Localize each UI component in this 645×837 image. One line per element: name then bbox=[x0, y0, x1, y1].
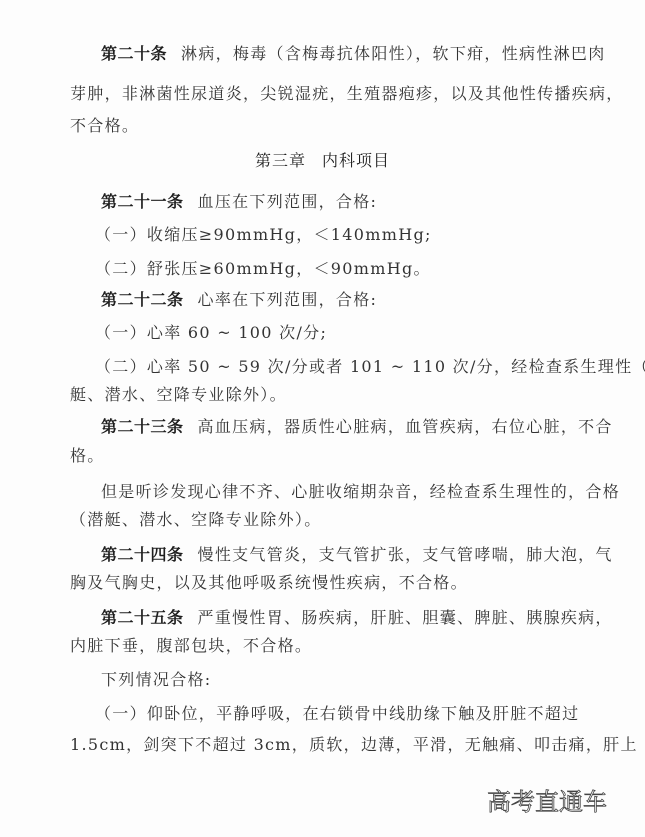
article-21-line-1: 第二十一条血压在下列范围，合格: bbox=[101, 192, 377, 212]
article-23-line-1: 第二十三条高血压病，器质性心脏病，血管疾病，右位心脏，不合 bbox=[101, 417, 613, 437]
article-25-pass-intro: 下列情况合格: bbox=[101, 670, 212, 690]
article-25-item-1-line-1: （一）仰卧位，平静呼吸，在右锁骨中线肋缘下触及肝脏不超过 bbox=[95, 704, 579, 724]
article-25-label: 第二十五条 bbox=[101, 608, 184, 627]
article-21-item-2: （二）舒张压≥60mmHg，＜90mmHg。 bbox=[95, 259, 431, 279]
article-25-item-1-line-2: 1.5cm，剑突下不超过 3cm，质软，边薄，平滑，无触痛、叩击痛，肝上 bbox=[70, 735, 638, 755]
article-22-line-1: 第二十二条心率在下列范围，合格: bbox=[101, 290, 377, 310]
article-23-line-2: 格。 bbox=[70, 446, 105, 466]
chapter-heading: 第三章内科项目 bbox=[0, 148, 645, 171]
article-24-line-1: 第二十四条慢性支气管炎，支气管扩张，支气管哮喘，肺大泡，气 bbox=[101, 545, 613, 565]
article-22-label: 第二十二条 bbox=[101, 290, 184, 309]
document-page: 第二十条淋病，梅毒（含梅毒抗体阳性），软下疳，性病性淋巴肉 芽肿，非淋菌性尿道炎… bbox=[0, 0, 645, 837]
article-25-line-2: 内脏下垂，腹部包块，不合格。 bbox=[70, 636, 312, 656]
chapter-number: 第三章 bbox=[255, 151, 306, 170]
article-20-line-1: 第二十条淋病，梅毒（含梅毒抗体阳性），软下疳，性病性淋巴肉 bbox=[101, 44, 606, 64]
chapter-title: 内科项目 bbox=[322, 151, 390, 170]
article-21-label: 第二十一条 bbox=[101, 192, 184, 211]
article-20-line-2: 芽肿，非淋菌性尿道炎，尖锐湿疣，生殖器疱疹，以及其他性传播疾病， bbox=[70, 84, 624, 104]
article-24-label: 第二十四条 bbox=[101, 545, 184, 564]
article-23-note-line-2: （潜艇、潜水、空降专业除外）。 bbox=[70, 510, 322, 530]
article-22-item-2-line-2: 艇、潜水、空降专业除外）。 bbox=[70, 385, 287, 405]
article-25-line-1: 第二十五条严重慢性胃、肠疾病，肝脏、胆囊、脾脏、胰腺疾病， bbox=[101, 608, 613, 628]
article-20-label: 第二十条 bbox=[101, 44, 167, 63]
article-24-line-2: 胸及气胸史，以及其他呼吸系统慢性疾病，不合格。 bbox=[70, 573, 468, 593]
article-22-item-1: （一）心率 60 ~ 100 次/分; bbox=[95, 323, 327, 343]
watermark-text: 高考直通车 bbox=[487, 782, 607, 817]
article-20-line-3: 不合格。 bbox=[70, 116, 139, 136]
article-22-item-2-line-1: （二）心率 50 ~ 59 次/分或者 101 ~ 110 次/分，经检查系生理… bbox=[95, 357, 645, 377]
article-23-label: 第二十三条 bbox=[101, 417, 184, 436]
article-23-note-line-1: 但是听诊发现心律不齐、心脏收缩期杂音，经检查系生理性的，合格 bbox=[101, 482, 620, 502]
article-21-item-1: （一）收缩压≥90mmHg，＜140mmHg; bbox=[95, 225, 432, 245]
